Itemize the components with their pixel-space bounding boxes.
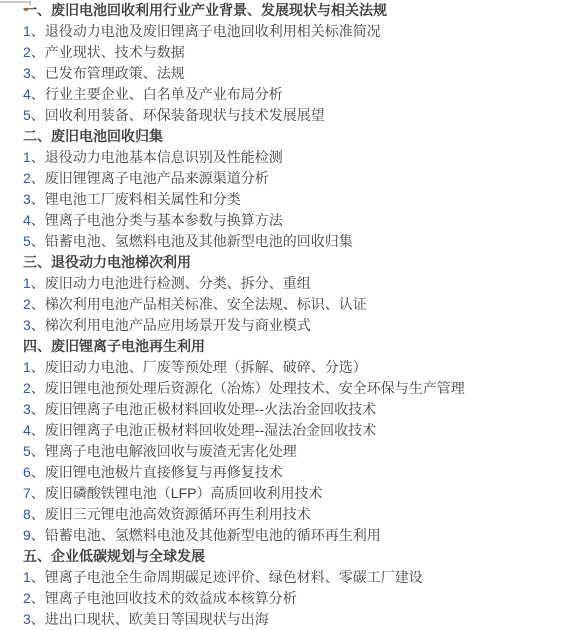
- item-text: 废旧锂锂离子电池产品来源渠道分析: [45, 170, 269, 186]
- outline-item: 1、退役动力电池及废旧锂离子电池回收利用相关标准简况: [0, 21, 588, 42]
- item-number: 4: [23, 422, 31, 438]
- item-separator: 、: [31, 527, 45, 543]
- document-outline: 一、废旧电池回收利用行业产业背景、发展现状与相关法规 1、退役动力电池及废旧锂离…: [0, 0, 588, 630]
- item-separator: 、: [31, 233, 45, 249]
- outline-item: 3、进出口现状、欧美日等国现状与出海: [0, 609, 588, 630]
- item-number: 3: [23, 611, 31, 627]
- section-header-1: 一、废旧电池回收利用行业产业背景、发展现状与相关法规: [0, 0, 588, 21]
- item-separator: 、: [31, 359, 45, 375]
- item-number: 1: [23, 569, 31, 585]
- item-separator: 、: [31, 464, 45, 480]
- item-separator: 、: [31, 380, 45, 396]
- item-text: 回收利用装备、环保装备现状与技术发展展望: [45, 107, 325, 123]
- item-number: 4: [23, 212, 31, 228]
- item-text: 废旧动力电池、厂废等预处理（拆解、破碎、分选）: [45, 359, 367, 375]
- item-separator: 、: [31, 611, 45, 627]
- item-number: 4: [23, 86, 31, 102]
- outline-item: 7、废旧磷酸铁锂电池（LFP）高质回收利用技术: [0, 483, 588, 504]
- item-number: 1: [23, 359, 31, 375]
- item-text: 产业现状、技术与数据: [45, 44, 185, 60]
- item-text: 锂离子电池回收技术的效益成本核算分析: [45, 590, 297, 606]
- item-text: 废旧锂离子电池正极材料回收处理--火法冶金回收技术: [45, 401, 376, 417]
- outline-item: 2、锂离子电池回收技术的效益成本核算分析: [0, 588, 588, 609]
- item-separator: 、: [31, 149, 45, 165]
- item-text: 废旧三元锂电池高效资源循环再生利用技术: [45, 506, 311, 522]
- outline-item: 1、废旧动力电池、厂废等预处理（拆解、破碎、分选）: [0, 357, 588, 378]
- item-text: 退役动力电池基本信息识别及性能检测: [45, 149, 283, 165]
- item-text: 锂离子电池电解液回收与废渣无害化处理: [45, 443, 297, 459]
- section-header-4: 四、废旧锂离子电池再生利用: [0, 336, 588, 357]
- outline-item: 4、锂离子电池分类与基本参数与换算方法: [0, 210, 588, 231]
- item-text: 铅蓄电池、氢燃料电池及其他新型电池的回收归集: [45, 233, 353, 249]
- item-separator: 、: [31, 170, 45, 186]
- item-text: 废旧磷酸铁锂电池（LFP）高质回收利用技术: [45, 485, 323, 501]
- outline-item: 5、回收利用装备、环保装备现状与技术发展展望: [0, 105, 588, 126]
- item-number: 7: [23, 485, 31, 501]
- item-number: 3: [23, 317, 31, 333]
- item-text: 废旧动力电池进行检测、分类、拆分、重组: [45, 275, 311, 291]
- outline-item: 2、梯次利用电池产品相关标准、安全法规、标识、认证: [0, 294, 588, 315]
- outline-item: 3、已发布管理政策、法规: [0, 63, 588, 84]
- item-separator: 、: [31, 590, 45, 606]
- item-number: 2: [23, 170, 31, 186]
- item-text: 铅蓄电池、氢燃料电池及其他新型电池的循环再生利用: [45, 527, 381, 543]
- item-text: 退役动力电池及废旧锂离子电池回收利用相关标准简况: [45, 23, 381, 39]
- item-number: 2: [23, 296, 31, 312]
- item-text: 废旧锂电池极片直接修复与再修复技术: [45, 464, 283, 480]
- item-separator: 、: [31, 317, 45, 333]
- item-separator: 、: [31, 485, 45, 501]
- section-title: 四、废旧锂离子电池再生利用: [23, 338, 205, 354]
- outline-item: 4、废旧锂离子电池正极材料回收处理--湿法冶金回收技术: [0, 420, 588, 441]
- section-header-3: 三、退役动力电池梯次利用: [0, 252, 588, 273]
- item-separator: 、: [31, 275, 45, 291]
- item-separator: 、: [31, 23, 45, 39]
- outline-item: 1、锂离子电池全生命周期碳足迹评价、绿色材料、零碳工厂建设: [0, 567, 588, 588]
- item-number: 2: [23, 590, 31, 606]
- item-text: 进出口现状、欧美日等国现状与出海: [45, 611, 269, 627]
- item-separator: 、: [31, 65, 45, 81]
- item-number: 1: [23, 149, 31, 165]
- item-text: 行业主要企业、白名单及产业布局分析: [45, 86, 283, 102]
- item-separator: 、: [31, 296, 45, 312]
- outline-item: 9、铅蓄电池、氢燃料电池及其他新型电池的循环再生利用: [0, 525, 588, 546]
- item-number: 3: [23, 401, 31, 417]
- item-number: 9: [23, 527, 31, 543]
- item-separator: 、: [31, 422, 45, 438]
- outline-item: 8、废旧三元锂电池高效资源循环再生利用技术: [0, 504, 588, 525]
- item-text: 锂离子电池分类与基本参数与换算方法: [45, 212, 283, 228]
- section-header-2: 二、废旧电池回收归集: [0, 126, 588, 147]
- item-number: 3: [23, 191, 31, 207]
- item-number: 3: [23, 65, 31, 81]
- outline-item: 1、废旧动力电池进行检测、分类、拆分、重组: [0, 273, 588, 294]
- item-text: 废旧锂电池预处理后资源化（冶炼）处理技术、安全环保与生产管理: [45, 380, 465, 396]
- item-separator: 、: [31, 506, 45, 522]
- section-title: 一、废旧电池回收利用行业产业背景、发展现状与相关法规: [23, 2, 387, 18]
- item-number: 5: [23, 233, 31, 249]
- item-separator: 、: [31, 191, 45, 207]
- item-text: 废旧锂离子电池正极材料回收处理--湿法冶金回收技术: [45, 422, 376, 438]
- outline-item: 6、废旧锂电池极片直接修复与再修复技术: [0, 462, 588, 483]
- item-number: 1: [23, 23, 31, 39]
- item-separator: 、: [31, 569, 45, 585]
- section-title: 五、企业低碳规划与全球发展: [23, 548, 205, 564]
- outline-item: 3、锂电池工厂废料相关属性和分类: [0, 189, 588, 210]
- item-number: 5: [23, 443, 31, 459]
- item-separator: 、: [31, 443, 45, 459]
- outline-item: 2、废旧锂电池预处理后资源化（冶炼）处理技术、安全环保与生产管理: [0, 378, 588, 399]
- item-separator: 、: [31, 212, 45, 228]
- outline-item: 3、梯次利用电池产品应用场景开发与商业模式: [0, 315, 588, 336]
- item-number: 6: [23, 464, 31, 480]
- item-number: 2: [23, 380, 31, 396]
- item-number: 8: [23, 506, 31, 522]
- section-title: 三、退役动力电池梯次利用: [23, 254, 191, 270]
- outline-item: 2、产业现状、技术与数据: [0, 42, 588, 63]
- item-text: 梯次利用电池产品相关标准、安全法规、标识、认证: [45, 296, 367, 312]
- item-text: 锂离子电池全生命周期碳足迹评价、绿色材料、零碳工厂建设: [45, 569, 423, 585]
- item-separator: 、: [31, 107, 45, 123]
- outline-item: 5、铅蓄电池、氢燃料电池及其他新型电池的回收归集: [0, 231, 588, 252]
- item-number: 5: [23, 107, 31, 123]
- item-separator: 、: [31, 401, 45, 417]
- item-text: 已发布管理政策、法规: [45, 65, 185, 81]
- outline-item: 5、锂离子电池电解液回收与废渣无害化处理: [0, 441, 588, 462]
- item-text: 梯次利用电池产品应用场景开发与商业模式: [45, 317, 311, 333]
- item-number: 1: [23, 275, 31, 291]
- item-separator: 、: [31, 86, 45, 102]
- outline-item: 4、行业主要企业、白名单及产业布局分析: [0, 84, 588, 105]
- outline-item: 2、废旧锂锂离子电池产品来源渠道分析: [0, 168, 588, 189]
- section-header-5: 五、企业低碳规划与全球发展: [0, 546, 588, 567]
- item-separator: 、: [31, 44, 45, 60]
- outline-item: 3、废旧锂离子电池正极材料回收处理--火法冶金回收技术: [0, 399, 588, 420]
- section-title: 二、废旧电池回收归集: [23, 128, 163, 144]
- outline-item: 1、退役动力电池基本信息识别及性能检测: [0, 147, 588, 168]
- item-text: 锂电池工厂废料相关属性和分类: [45, 191, 241, 207]
- item-number: 2: [23, 44, 31, 60]
